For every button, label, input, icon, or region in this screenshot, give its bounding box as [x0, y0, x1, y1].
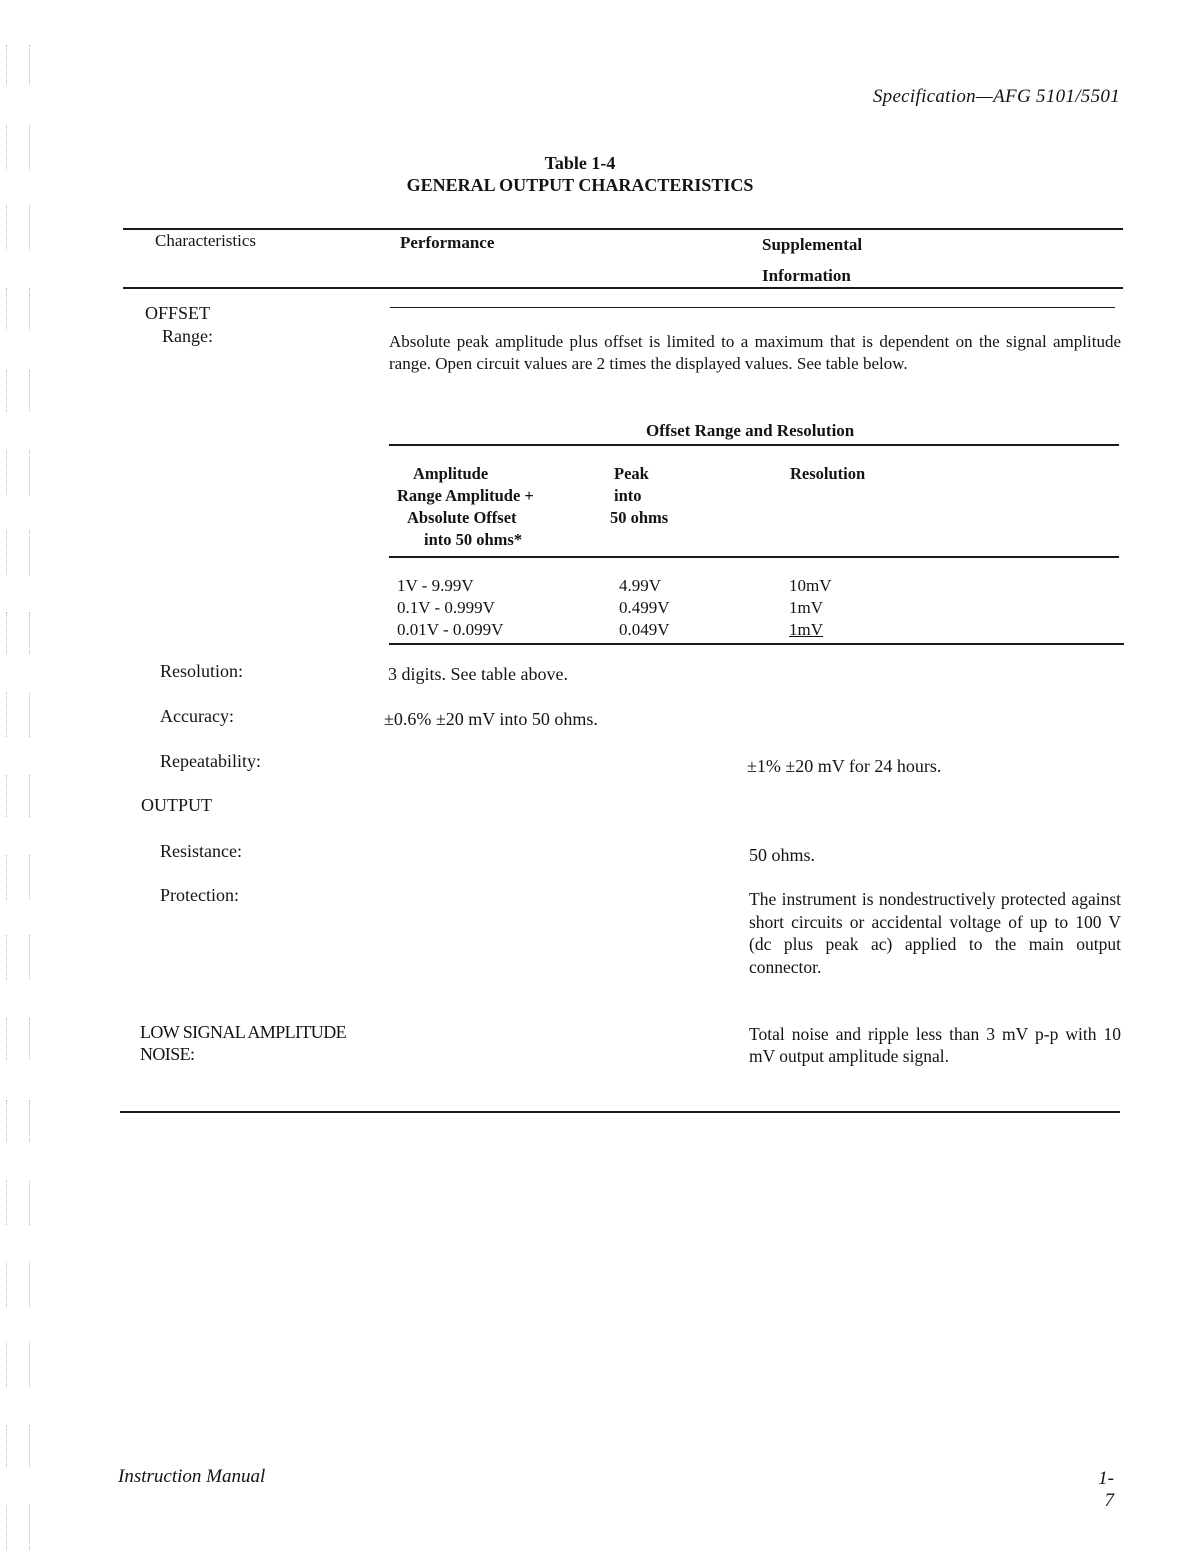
scan-artifact: [6, 1505, 30, 1550]
column-header-supplemental: Supplemental: [762, 235, 862, 255]
output-protection-label: Protection:: [160, 885, 239, 906]
column-header-characteristics: Characteristics: [155, 231, 256, 251]
scan-artifact: [6, 612, 30, 654]
offset-resolution-text: 3 digits. See table above.: [388, 664, 568, 685]
scan-artifact: [6, 1425, 30, 1467]
offset-resolution-label: Resolution:: [160, 661, 243, 682]
scan-artifact: [6, 692, 30, 737]
offset-heading: OFFSET: [145, 303, 210, 324]
noise-text: Total noise and ripple less than 3 mV p-…: [749, 1023, 1121, 1067]
output-protection-text: The instrument is nondestructively prote…: [749, 888, 1121, 978]
table-row: 0.1V - 0.999V 0.499V 1mV: [397, 597, 1117, 619]
output-heading: OUTPUT: [141, 795, 212, 816]
scan-artifact: [6, 1018, 30, 1060]
scan-artifact: [6, 288, 30, 330]
scan-artifact: [6, 855, 30, 900]
header-bottom-rule: [123, 287, 1123, 289]
offset-range-text: Absolute peak amplitude plus offset is l…: [389, 331, 1121, 375]
table-row: 0.01V - 0.099V 0.049V 1mV: [397, 619, 1117, 641]
scan-artifact: [6, 530, 30, 575]
scan-artifact: [6, 205, 30, 250]
offset-accuracy-text: ±0.6% ±20 mV into 50 ohms.: [384, 709, 598, 730]
table-bottom-rule: [120, 1111, 1120, 1113]
subtable-header-rule: [389, 556, 1119, 558]
scan-artifact: [6, 775, 30, 817]
subtable-bottom-rule: [389, 643, 1124, 645]
subtable-header-peak: Peak into 50 ohms: [610, 463, 730, 529]
column-header-information: Information: [762, 266, 851, 286]
scan-artifact: [6, 125, 30, 170]
scan-artifact: [6, 450, 30, 495]
output-resistance-label: Resistance:: [160, 841, 242, 862]
scan-artifact: [6, 370, 30, 412]
offset-range-label: Range:: [162, 326, 213, 347]
noise-label: LOW SIGNAL AMPLITUDE NOISE:: [140, 1021, 346, 1065]
running-head: Specification—AFG 5101/5501: [820, 86, 1120, 108]
subtable-header-amplitude: Amplitude Range Amplitude + Absolute Off…: [397, 463, 597, 551]
column-header-performance: Performance: [400, 233, 494, 253]
table-number: Table 1-4: [300, 152, 860, 174]
offset-section-rule: [390, 307, 1115, 308]
table-row: 1V - 9.99V 4.99V 10mV: [397, 575, 1117, 597]
scan-artifact: [6, 935, 30, 980]
scan-artifact: [6, 1180, 30, 1225]
offset-subtable-title: Offset Range and Resolution: [646, 421, 854, 441]
subtable-body: 1V - 9.99V 4.99V 10mV 0.1V - 0.999V 0.49…: [397, 575, 1117, 641]
subtable-header-resolution: Resolution: [790, 463, 865, 485]
header-top-rule: [123, 228, 1123, 230]
offset-repeatability-label: Repeatability:: [160, 751, 261, 772]
scan-artifact: [6, 1342, 30, 1387]
offset-repeatability-text: ±1% ±20 mV for 24 hours.: [747, 756, 941, 777]
table-caption: GENERAL OUTPUT CHARACTERISTICS: [300, 174, 860, 196]
scan-artifact: [6, 1262, 30, 1307]
scan-artifact: [6, 1100, 30, 1142]
footer-left: Instruction Manual: [118, 1466, 265, 1488]
table-title: Table 1-4 GENERAL OUTPUT CHARACTERISTICS: [300, 152, 860, 196]
subtable-top-rule: [389, 444, 1119, 446]
scan-artifact: [6, 45, 30, 85]
output-resistance-text: 50 ohms.: [749, 845, 815, 866]
offset-accuracy-label: Accuracy:: [160, 706, 234, 727]
page-number: 1-7: [1090, 1468, 1114, 1512]
